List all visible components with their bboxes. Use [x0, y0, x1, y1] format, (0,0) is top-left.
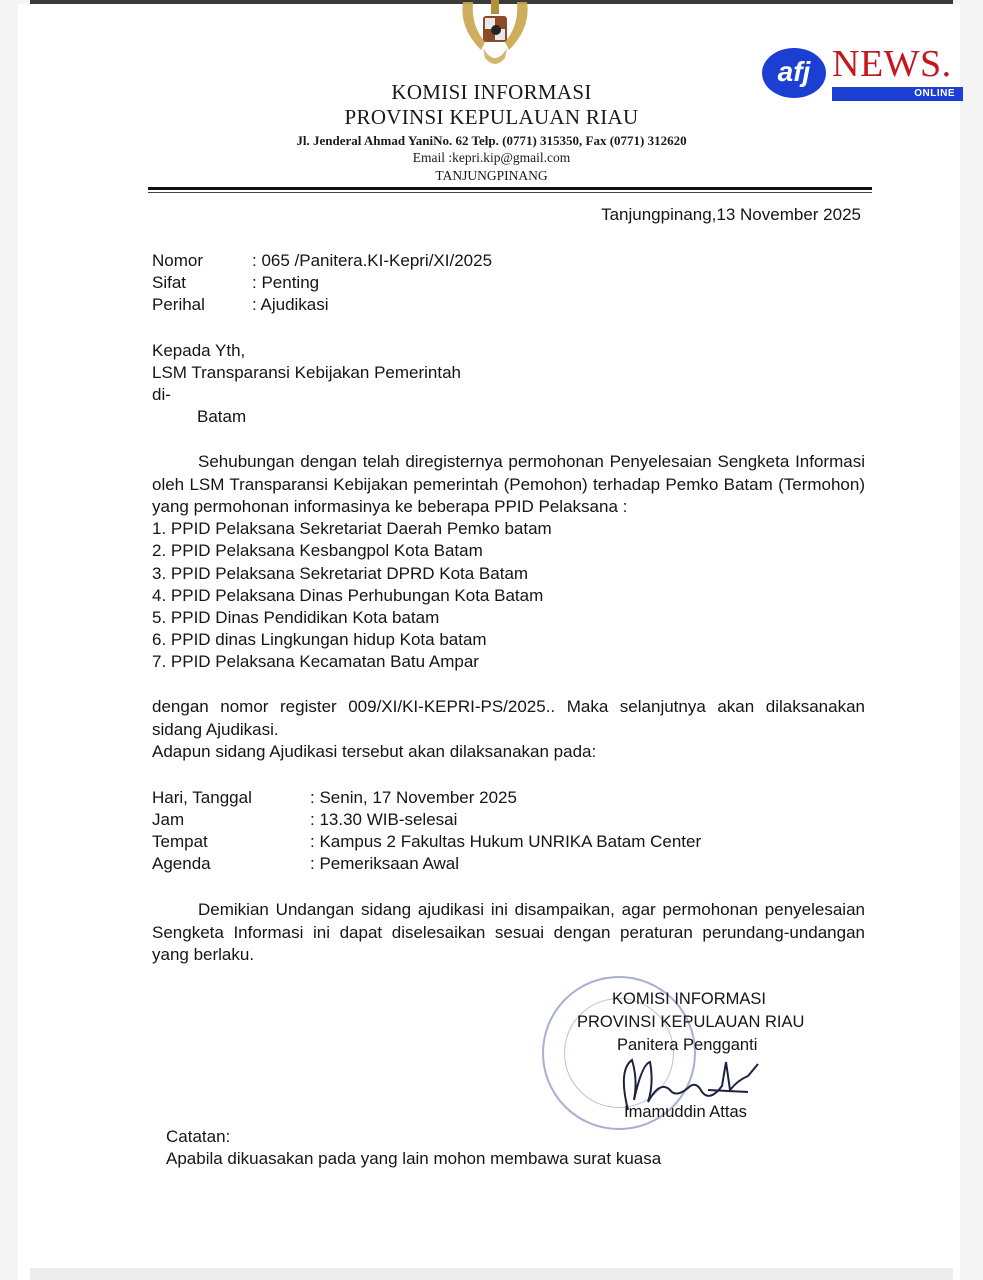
schedule-label-date: Hari, Tanggal	[152, 787, 252, 809]
signatory-name: Imamuddin Attas	[624, 1101, 747, 1123]
bottom-edge	[30, 1268, 953, 1280]
recipient-di: di-	[152, 384, 171, 406]
schedule-value-time: : 13.30 WIB-selesai	[310, 809, 457, 831]
letterhead-org-line2: PROVINSI KEPULAUAN RIAU	[0, 105, 983, 130]
schedule-label-place: Tempat	[152, 831, 208, 853]
letterhead-divider	[148, 187, 872, 190]
schedule-value-agenda: : Pemeriksaan Awal	[310, 853, 459, 875]
letterhead-divider-thin	[148, 192, 872, 193]
closing-paragraph: Demikian Undangan sidang ajudikasi ini d…	[152, 899, 865, 967]
opening-paragraph-text: Sehubungan dengan telah diregisternya pe…	[152, 452, 865, 516]
meta-value-nomor: : 065 /Panitera.KI-Kepri/XI/2025	[252, 250, 492, 272]
list-item: 1. PPID Pelaksana Sekretariat Daerah Pem…	[152, 518, 552, 540]
place-date: Tanjungpinang,13 November 2025	[601, 204, 861, 226]
brand-name: NEWS.	[832, 42, 952, 86]
letterhead-city: TANJUNGPINANG	[0, 168, 983, 184]
register-paragraph: dengan nomor register 009/XI/KI-KEPRI-PS…	[152, 696, 865, 741]
signature-org-line1: KOMISI INFORMASI	[612, 988, 766, 1010]
meta-label-nomor: Nomor	[152, 250, 203, 272]
garuda-emblem-icon	[455, 0, 535, 70]
note-text: Apabila dikuasakan pada yang lain mohon …	[166, 1148, 661, 1170]
list-item: 2. PPID Pelaksana Kesbangpol Kota Batam	[152, 540, 483, 562]
list-item: 4. PPID Pelaksana Dinas Perhubungan Kota…	[152, 585, 543, 607]
letterhead-address: Jl. Jenderal Ahmad YaniNo. 62 Telp. (077…	[0, 133, 983, 149]
list-item: 6. PPID dinas Lingkungan hidup Kota bata…	[152, 629, 487, 651]
brand-tagline: ONLINE	[832, 87, 963, 101]
meta-value-sifat: : Penting	[252, 272, 319, 294]
recipient-name: LSM Transparansi Kebijakan Pemerintah	[152, 362, 461, 384]
recipient-location: Batam	[197, 406, 246, 428]
afj-logo-icon: afj	[762, 48, 826, 98]
meta-value-perihal: : Ajudikasi	[252, 294, 329, 316]
list-item: 7. PPID Pelaksana Kecamatan Batu Ampar	[152, 651, 479, 673]
schedule-intro: Adapun sidang Ajudikasi tersebut akan di…	[152, 741, 596, 763]
signature-org-line2: PROVINSI KEPULAUAN RIAU	[577, 1011, 804, 1033]
schedule-value-place: : Kampus 2 Fakultas Hukum UNRIKA Batam C…	[310, 831, 701, 853]
schedule-value-date: : Senin, 17 November 2025	[310, 787, 517, 809]
list-item: 5. PPID Dinas Pendidikan Kota batam	[152, 607, 439, 629]
meta-label-perihal: Perihal	[152, 294, 205, 316]
list-item: 3. PPID Pelaksana Sekretariat DPRD Kota …	[152, 563, 528, 585]
schedule-label-agenda: Agenda	[152, 853, 211, 875]
note-label: Catatan:	[166, 1126, 230, 1148]
recipient-greeting: Kepada Yth,	[152, 340, 245, 362]
schedule-label-time: Jam	[152, 809, 184, 831]
afj-news-watermark: afj NEWS. ONLINE	[760, 44, 970, 104]
opening-paragraph: Sehubungan dengan telah diregisternya pe…	[152, 451, 865, 519]
letterhead-email: Email :kepri.kip@gmail.com	[0, 150, 983, 166]
meta-label-sifat: Sifat	[152, 272, 186, 294]
